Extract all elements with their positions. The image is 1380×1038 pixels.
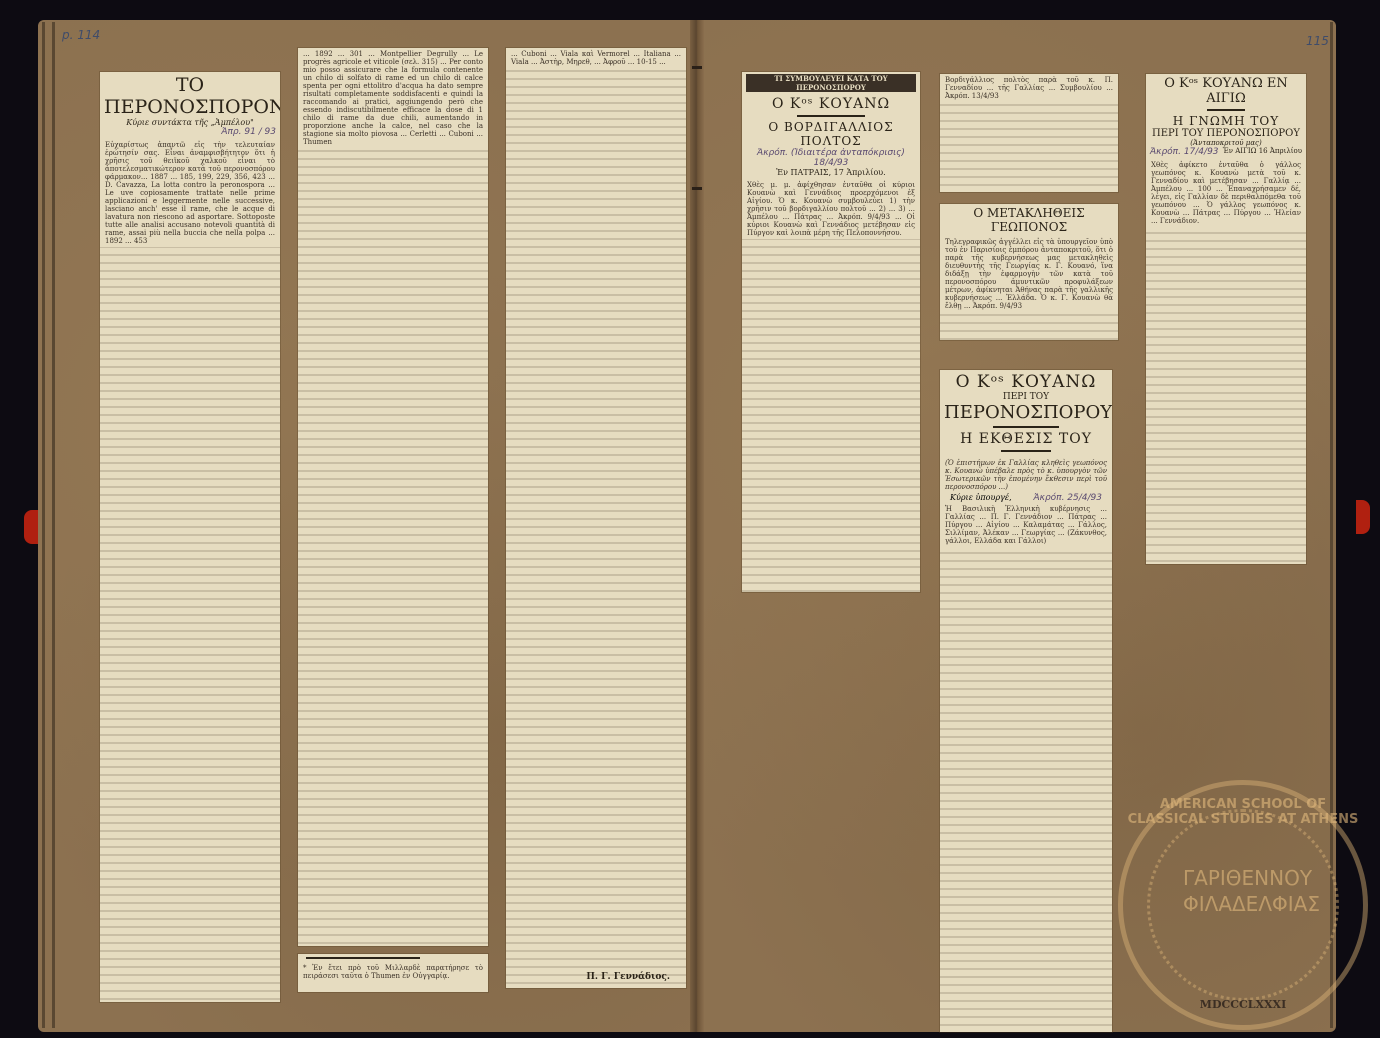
ribbon-bookmark-right <box>1356 500 1370 534</box>
clipping-header: Ο Κᵒˢ ΚΟΥΑΝΩ ΕΝ ΑΙΓΙΩ Η ΓΝΩΜΗ ΤΟΥ ΠΕΡΙ Τ… <box>1146 74 1306 159</box>
clipping-header: ΤΟ ΠΕΡΟΝΟΣΠΟΡΟΝ Κύριε συντάκτα τῆς „Ἀμπέ… <box>100 72 280 139</box>
clipping-body: Τηλεγραφικῶς ἀγγέλλει εἰς τὰ ὑπουργεῖον … <box>940 236 1118 312</box>
clipping-intro: (Ὁ ἐπιστήμων ἐκ Γαλλίας κληθεὶς γεωπόνος… <box>940 457 1112 493</box>
seal-inner-text: ΓΑΡΙΘΕΝΝΟΥ ΦΙΛΑΔΕΛΦΙΑΣ <box>1183 865 1303 917</box>
binding-stitch <box>692 66 702 69</box>
dateline: Ἐν ΠΑΤΡΑΙΣ, 17 Ἀπριλίου. <box>746 168 916 177</box>
clipping-body: ... Cuboni ... Viala καὶ Vermorel ... It… <box>506 48 686 68</box>
handwritten-note: Ἀκρόπ. 17/4/93 <box>1150 147 1219 157</box>
clipping-kouano-bordeaux: ΤΙ ΣΥΜΒΟΥΛΕΥΕΙ ΚΑΤΑ ΤΟΥ ΠΕΡΟΝΟΣΠΟΡΟΥ Ο Κ… <box>742 72 920 592</box>
clipping-banner: ΤΙ ΣΥΜΒΟΥΛΕΥΕΙ ΚΑΤΑ ΤΟΥ ΠΕΡΟΝΟΣΠΟΡΟΥ <box>746 74 916 92</box>
clipping-line2: ΠΕΡΙ ΤΟΥ <box>944 392 1108 402</box>
clipping-body: Ἡ Βασιλικὴ Ἑλληνικὴ κυβέρνησις ... Γαλλί… <box>940 503 1112 547</box>
clipping-kouano-report: Ο Κᵒˢ ΚΟΥΑΝΩ ΠΕΡΙ ΤΟΥ ΠΕΡΟΝΟΣΠΟΡΟΥ Η ΕΚΘ… <box>940 370 1112 1032</box>
clipping-header: Ο Κᵒˢ ΚΟΥΑΝΩ ΠΕΡΙ ΤΟΥ ΠΕΡΟΝΟΣΠΟΡΟΥ Η ΕΚΘ… <box>940 370 1112 457</box>
salutation: Κύριε ὑπουργέ, <box>950 493 1012 503</box>
book-gutter <box>690 20 704 1032</box>
clipping-kouano-aigio: Ο Κᵒˢ ΚΟΥΑΝΩ ΕΝ ΑΙΓΙΩ Η ΓΝΩΜΗ ΤΟΥ ΠΕΡΙ Τ… <box>1146 74 1306 564</box>
clipping-column-3: ... Cuboni ... Viala καὶ Vermorel ... It… <box>506 48 686 988</box>
author-signature: Π. Γ. Γεννάδιος. <box>586 972 670 982</box>
clipping-bordeaux-mixture: Βορδιγάλλιος πολτὸς παρὰ τοῦ κ. Π. Γεννα… <box>940 74 1118 192</box>
clipping-body: ... 1892 ... 301 ... Montpellier Degrull… <box>298 48 488 148</box>
dateline: Ἐν ΑΙΓΙΩ 16 Ἀπριλίου <box>1223 147 1302 157</box>
footnote-text: * Ἐν ἔτει πρὸ τοῦ Μιλλαρδὲ παρατήρησε τὸ… <box>298 962 488 982</box>
clipping-body: Χθὲς μ. μ. ἀφίχθησαν ἐνταῦθα οἱ κύριοι Κ… <box>742 179 920 239</box>
page-edge <box>52 22 55 1028</box>
clipping-title: ΤΟ ΠΕΡΟΝΟΣΠΟΡΟΝ <box>104 74 276 118</box>
clipping-title: Ο Κᵒˢ ΚΟΥΑΝΩ ΕΝ ΑΙΓΙΩ <box>1150 76 1302 106</box>
clipping-body: Χθὲς ἀφίκετο ἐνταῦθα ὁ γάλλος γεωπόνος κ… <box>1146 159 1306 227</box>
clipping-subtitle: Ο ΒΟΡΔΙΓΑΛΛΙΟΣ ΠΟΛΤΟΣ <box>746 120 916 148</box>
clipping-header: ΤΙ ΣΥΜΒΟΥΛΕΥΕΙ ΚΑΤΑ ΤΟΥ ΠΕΡΟΝΟΣΠΟΡΟΥ Ο Κ… <box>742 72 920 179</box>
clipping-title: Ο Κᵒˢ ΚΟΥΑΝΩ <box>944 372 1108 392</box>
clipping-body: Βορδιγάλλιος πολτὸς παρὰ τοῦ κ. Π. Γεννα… <box>940 74 1118 102</box>
page-edge <box>42 22 45 1028</box>
binding-stitch <box>692 187 702 190</box>
clipping-header: Ο ΜΕΤΑΚΛΗΘΕΙΣ ΓΕΩΠΟΝΟΣ <box>940 204 1118 236</box>
clipping-column-2: ... 1892 ... 301 ... Montpellier Degrull… <box>298 48 488 946</box>
seal-year: MDCCCLXXXI <box>1123 998 1363 1011</box>
clipping-title: Ο Κᵒˢ ΚΟΥΑΝΩ <box>746 96 916 112</box>
clipping-subtitle: Η ΕΚΘΕΣΙΣ ΤΟΥ <box>944 431 1108 447</box>
handwritten-note: Ἀκρόπ. 25/4/93 <box>1033 493 1102 503</box>
clipping-body: Εὐχαρίστως ἀπαντῶ εἰς τὴν τελευταίαν ἐρώ… <box>100 139 280 247</box>
seal-ring-text: AMERICAN SCHOOL OF CLASSICAL STUDIES AT … <box>1123 797 1363 827</box>
clipping-line3: ΠΕΡΙ ΤΟΥ ΠΕΡΟΝΟΣΠΟΡΟΥ <box>1150 128 1302 139</box>
ribbon-bookmark-left <box>24 510 38 544</box>
handwritten-note: Ἀκρόπ. (Ἰδιαιτέρα ἀνταπόκρισις) 18/4/93 <box>746 148 916 168</box>
page-number-left: p. 114 <box>62 28 100 42</box>
clipping-subtitle: Κύριε συντάκτα τῆς „Ἀμπέλου" <box>104 118 276 127</box>
clipping-line3: ΠΕΡΟΝΟΣΠΟΡΟΥ <box>944 402 1108 423</box>
institution-seal-stamp: AMERICAN SCHOOL OF CLASSICAL STUDIES AT … <box>1118 780 1368 1030</box>
clipping-title: Ο ΜΕΤΑΚΛΗΘΕΙΣ ΓΕΩΠΟΝΟΣ <box>944 206 1114 234</box>
clipping-peronosporon: ΤΟ ΠΕΡΟΝΟΣΠΟΡΟΝ Κύριε συντάκτα τῆς „Ἀμπέ… <box>100 72 280 1002</box>
page-number-right: 115 <box>1306 34 1329 48</box>
clipping-footnote: * Ἐν ἔτει πρὸ τοῦ Μιλλαρδὲ παρατήρησε τὸ… <box>298 954 488 992</box>
clipping-subtitle: (Ἀνταποκριτοῦ μας) <box>1150 139 1302 147</box>
clipping-metaklitheis-geoponos: Ο ΜΕΤΑΚΛΗΘΕΙΣ ΓΕΩΠΟΝΟΣ Τηλεγραφικῶς ἀγγέ… <box>940 204 1118 340</box>
clipping-line2: Η ΓΝΩΜΗ ΤΟΥ <box>1150 114 1302 128</box>
handwritten-note: Ἀπρ. 91 / 93 <box>104 127 276 137</box>
